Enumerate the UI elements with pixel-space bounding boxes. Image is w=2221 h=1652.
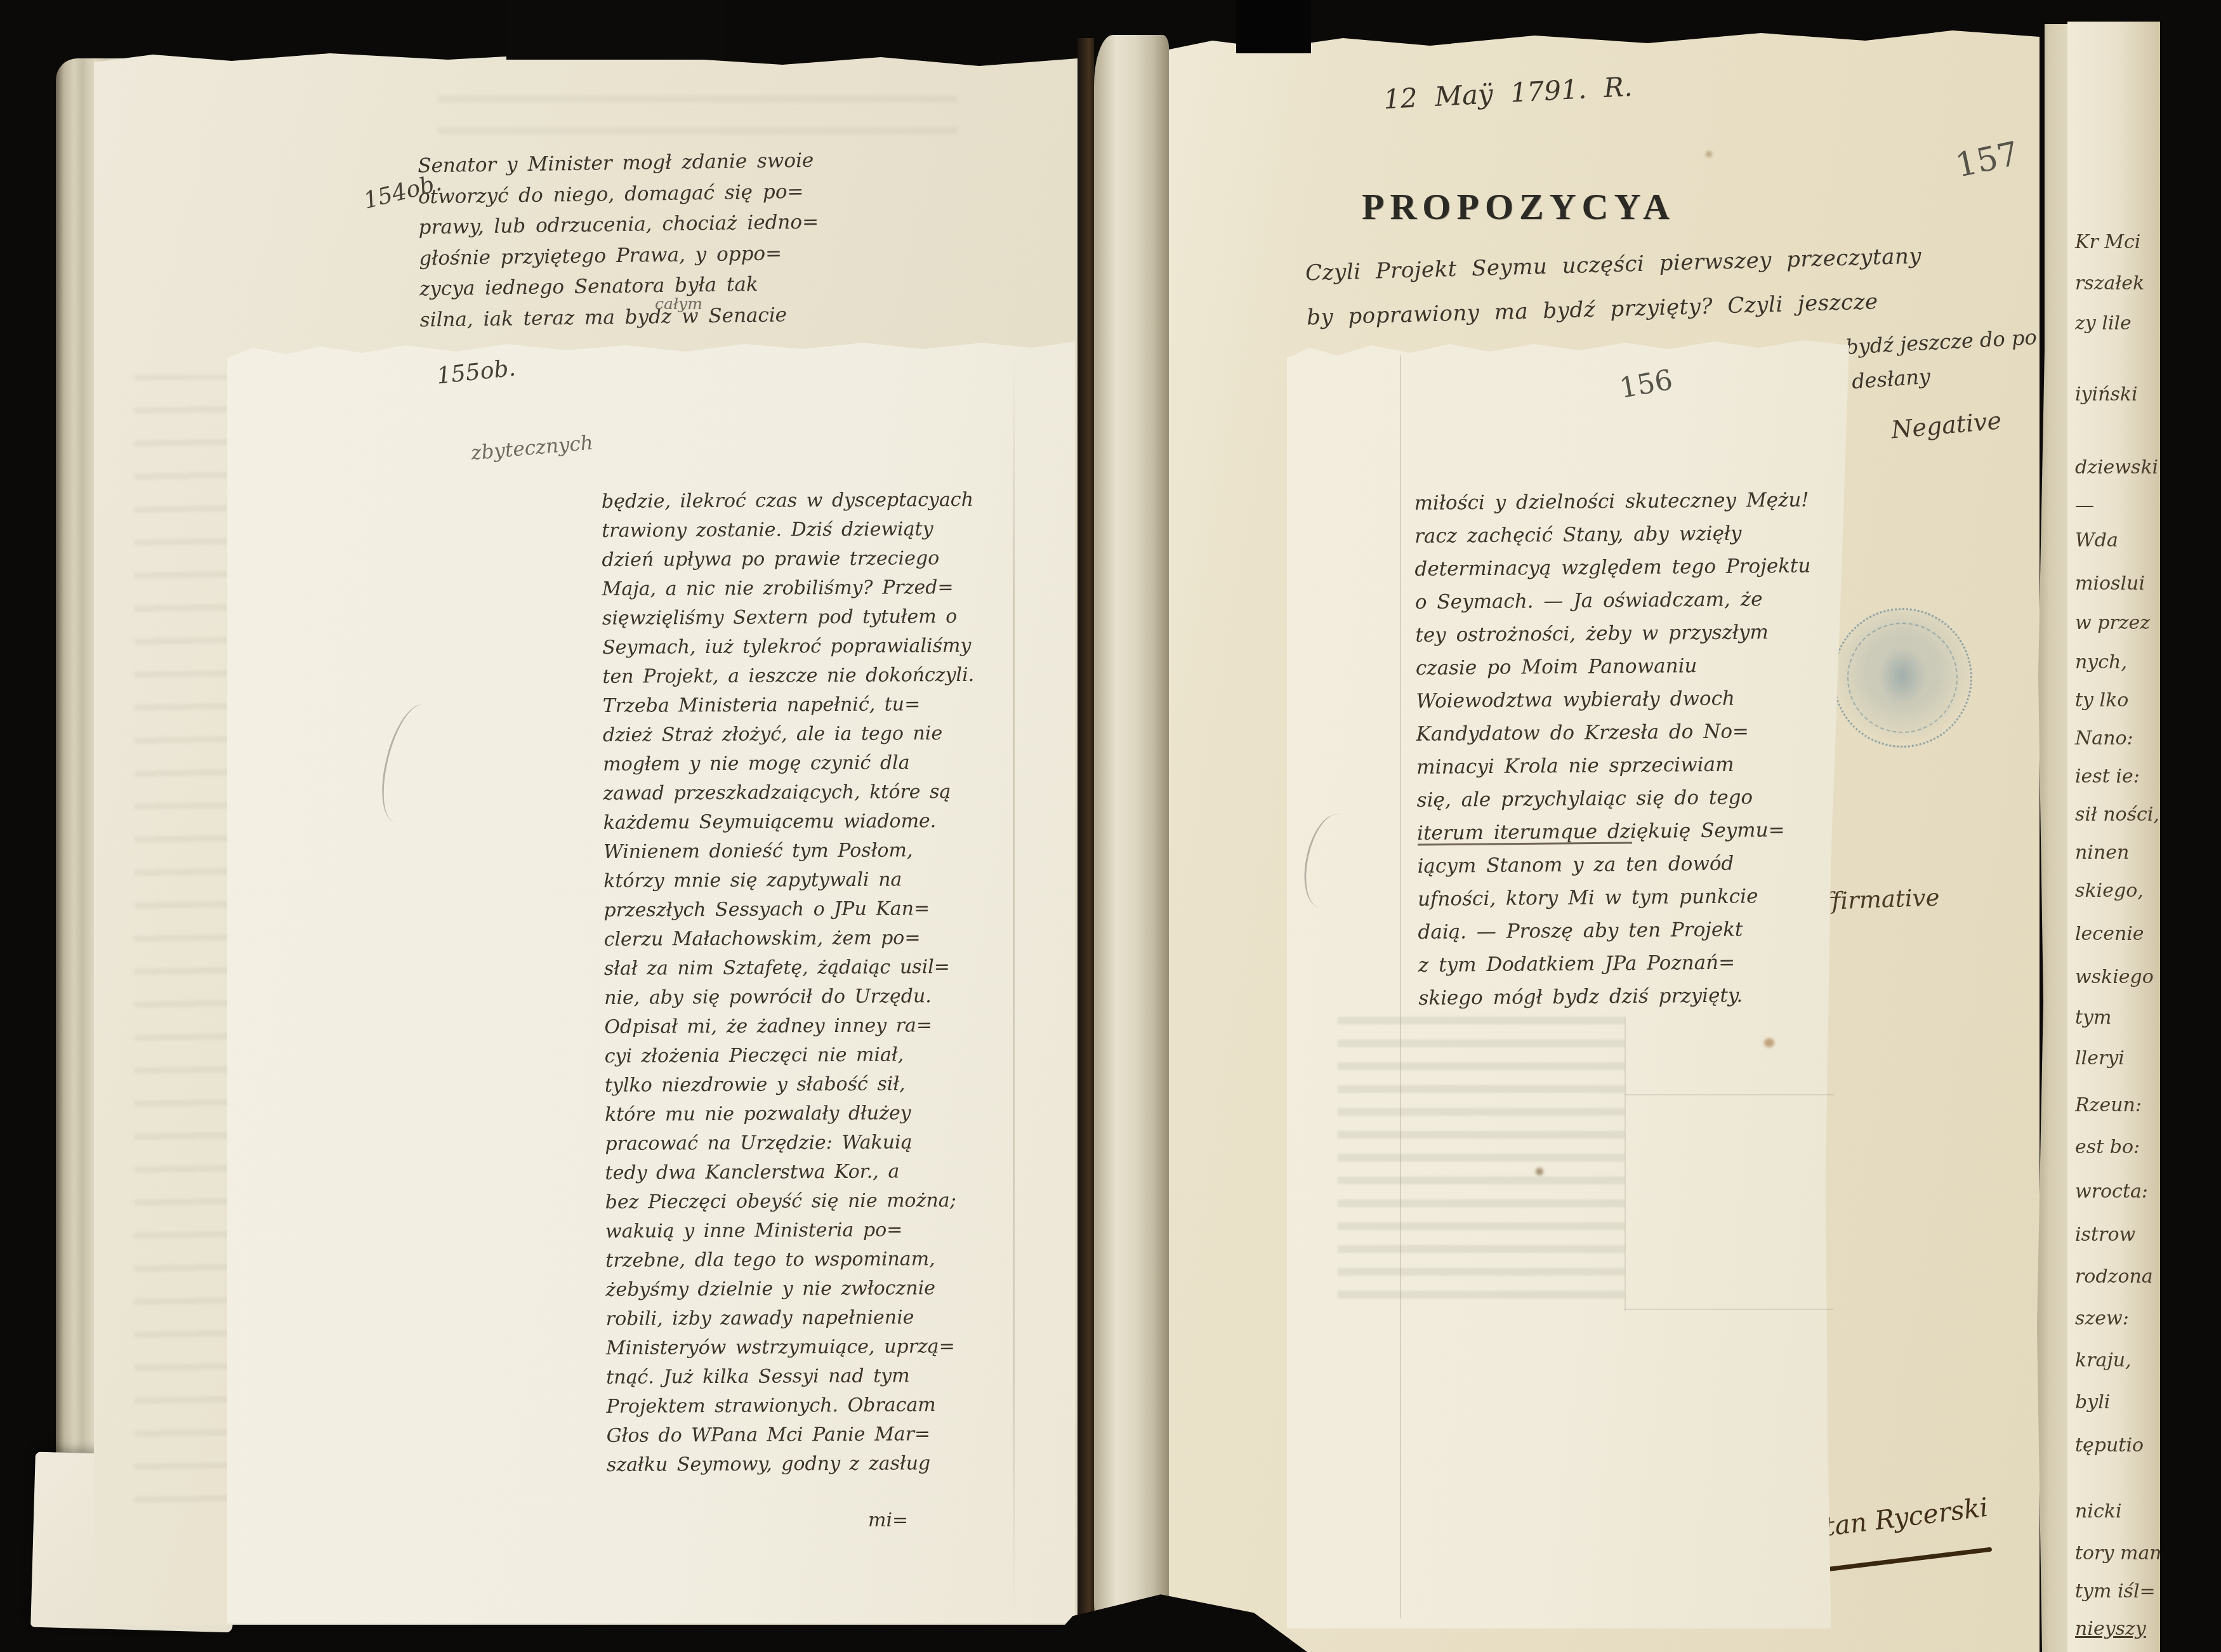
manuscript-line: sięwzięliśmy Sextern pod tytułem o <box>602 602 1065 633</box>
manuscript-line: trzebne, dla tego to wspominam, <box>605 1244 1069 1276</box>
manuscript-line: clerzu Małachowskim, żem po= <box>604 923 1067 955</box>
manuscript-line: Odpisał mi, że żadney inney ra= <box>604 1010 1067 1042</box>
edge-fragment: szew: <box>2075 1307 2129 1330</box>
bleed-through-table-rule <box>1625 1309 1834 1310</box>
manuscript-line: Maja, a nic nie zrobiliśmy? Przed= <box>602 572 1065 604</box>
right-page-body-text: miłości y dzielności skuteczney Mężu!rac… <box>1414 483 1856 1015</box>
edge-fragment: nieyszy <box>2075 1618 2146 1640</box>
bleed-through-table-rule <box>1625 1094 1834 1095</box>
manuscript-line: miłości y dzielności skuteczney Mężu! <box>1414 483 1852 520</box>
manuscript-line: czasie po Moim Panowaniu <box>1416 648 1854 685</box>
edge-fragment: skiego, <box>2075 880 2144 902</box>
edge-fragment: istrow <box>2075 1224 2135 1246</box>
manuscript-line: Głos do WPana Mci Panie Mar= <box>607 1419 1070 1451</box>
catchword: mi= <box>868 1509 908 1531</box>
foxing-spot <box>1536 1168 1543 1175</box>
manuscript-line: wakuią y inne Ministeria po= <box>605 1215 1069 1246</box>
manuscript-line: się, ale przychylaiąc się do tego <box>1416 780 1854 817</box>
manuscript-line: o Seymach. — Ja oświadczam, że <box>1415 582 1853 619</box>
manuscript-line: iącym Stanom y za ten dowód <box>1417 846 1855 883</box>
manuscript-scan: 154ob. Senator y Minister mogł zdanie sw… <box>0 0 2221 1652</box>
edge-fragment: dziewski <box>2075 456 2158 479</box>
edge-fragment: Rzeun: <box>2075 1094 2142 1116</box>
manuscript-line: przeszłych Sessyach o JPu Kan= <box>603 894 1067 925</box>
foxing-spot <box>1764 1038 1774 1047</box>
edge-fragment: wskiego <box>2075 966 2154 988</box>
manuscript-line: trawiony zostanie. Dziś dziewiąty <box>602 514 1065 546</box>
edge-fragment: rszałek <box>2075 272 2144 294</box>
printed-title: PROPOZYCYA <box>1350 185 1687 228</box>
edge-fragment: wrocta: <box>2075 1180 2148 1203</box>
edge-fragment: sił ności, <box>2075 803 2159 826</box>
manuscript-line: Woiewodztwa wybierały dwoch <box>1416 681 1854 718</box>
manuscript-line: tylko niezdrowie y słabość sił, <box>605 1069 1068 1100</box>
edge-fragment: Wda <box>2075 529 2118 552</box>
manuscript-line: determinacyą względem tego Projektu <box>1414 549 1852 586</box>
bleed-through-table-rule <box>1625 1017 1626 1311</box>
manuscript-line: Trzeba Ministeria napełnić, tu= <box>603 689 1066 721</box>
background-notch-right <box>1236 0 1311 53</box>
manuscript-line: żebyśmy dzielnie y nie zwłocznie <box>605 1273 1069 1305</box>
manuscript-line: którzy mnie się zapytywali na <box>603 864 1067 896</box>
edge-fragment: iest ie: <box>2075 765 2140 788</box>
binding-gutter-shadow <box>1078 38 1094 1652</box>
edge-fragment: tym <box>2075 1007 2111 1029</box>
manuscript-line: Seymach, iuż tylekroć poprawialiśmy <box>602 631 1065 663</box>
manuscript-line: dzież Straż złożyć, ale ia tego nie <box>603 718 1066 750</box>
manuscript-line: tedy dwa Kanclerstwa Kor., a <box>605 1156 1068 1188</box>
edge-fragment: Kr Mci <box>2075 231 2140 253</box>
edge-fragment: iyiński <box>2075 383 2138 406</box>
edge-fragment: lleryi <box>2075 1047 2125 1069</box>
edge-fragment: ninen <box>2075 842 2129 864</box>
edge-fragment: est bo: <box>2075 1136 2140 1158</box>
manuscript-line: skiego mógł bydz dziś przyięty. <box>1418 978 1856 1015</box>
manuscript-line: które mu nie pozwalały dłużey <box>605 1098 1068 1130</box>
edge-fragment: tym iśl= <box>2075 1580 2156 1602</box>
background-notch-left <box>506 0 725 60</box>
manuscript-line: mogłem y nie mogę czynić dla <box>603 748 1066 779</box>
manuscript-line: tey ostrożności, żeby w przyszłym <box>1415 615 1853 652</box>
manuscript-line: zawad przeszkadzaiących, które są <box>603 777 1066 809</box>
bleed-through-table <box>1338 1017 1625 1310</box>
edge-fragment: Nano: <box>2075 727 2133 750</box>
manuscript-line: szałku Seymowy, godny z zasług <box>607 1448 1070 1480</box>
manuscript-line: ufności, ktory Mi w tym punkcie <box>1418 879 1855 916</box>
left-page-body-text: będzie, ilekroć czas w dysceptacyachtraw… <box>602 485 1070 1480</box>
manuscript-line: dzień upływa po prawie trzeciego <box>602 543 1065 575</box>
manuscript-line: tnąć. Już kilka Sessyi nad tym <box>606 1361 1069 1392</box>
manuscript-line: ten Projekt, a ieszcze nie dokończyli. <box>602 660 1065 692</box>
manuscript-line: Ministeryów wstrzymuiące, uprzą= <box>606 1332 1069 1363</box>
underlying-page-edge <box>2036 24 2069 1652</box>
question-lines: Czyli Projekt Seymu uczęści pierwszey pr… <box>1305 234 1923 340</box>
paper-crease-right <box>1400 355 1401 1618</box>
manuscript-line: bez Pieczęci obeyść się nie można; <box>605 1186 1069 1217</box>
underlying-page-fragments: Kr Mcirszałekzy lileiyińskidziewski—Wdam… <box>2067 22 2160 1652</box>
manuscript-line: daią. — Proszę aby ten Projekt <box>1418 912 1855 949</box>
manuscript-line: Projektem strawionych. Obracam <box>606 1390 1069 1422</box>
manuscript-line: pracować na Urzędzie: Wakuią <box>605 1127 1068 1159</box>
edge-fragment: kraju, <box>2075 1349 2132 1371</box>
edge-fragment: — <box>2075 494 2094 517</box>
edge-fragment: zy lile <box>2075 312 2132 334</box>
manuscript-line: robili, izby zawady napełnienie <box>606 1302 1069 1334</box>
manuscript-line: nie, aby się powrócił do Urzędu. <box>604 981 1067 1013</box>
edge-fragment: byli <box>2075 1391 2110 1413</box>
manuscript-line: cyi złożenia Pieczęci nie miał, <box>604 1040 1067 1071</box>
manuscript-line: każdemu Seymuiącemu wiadome. <box>603 806 1067 838</box>
edge-fragment: tory mam <box>2075 1542 2160 1564</box>
manuscript-line: z tym Dodatkiem JPa Poznań= <box>1418 945 1856 982</box>
edge-fragment: ty lko <box>2075 689 2128 711</box>
pencil-insertion-note: całym <box>655 294 702 313</box>
edge-fragment: rodzona <box>2075 1265 2153 1288</box>
manuscript-line: racz zachęcić Stany, aby wzięły <box>1414 516 1852 553</box>
edge-fragment: nicki <box>2075 1500 2122 1523</box>
edge-fragment: mioslui <box>2075 572 2145 595</box>
manuscript-line: minacyi Krola nie sprzeciwiam <box>1416 747 1854 784</box>
curled-page-edge-gutter <box>1094 35 1169 1652</box>
manuscript-line: będzie, ilekroć czas w dysceptacyach <box>602 485 1065 517</box>
manuscript-line: Kandydatow do Krzesła do No= <box>1416 714 1854 751</box>
manuscript-line: Winienem donieść tym Posłom, <box>603 835 1067 867</box>
manuscript-line: słał za nim Sztafetę, żądaiąc usil= <box>604 952 1067 984</box>
edge-fragment: tęputio <box>2075 1434 2144 1457</box>
edge-fragment: lecenie <box>2075 923 2144 945</box>
edge-fragment: nych, <box>2075 651 2127 673</box>
foxing-spot <box>1706 151 1712 157</box>
edge-fragment: w przez <box>2075 612 2150 634</box>
